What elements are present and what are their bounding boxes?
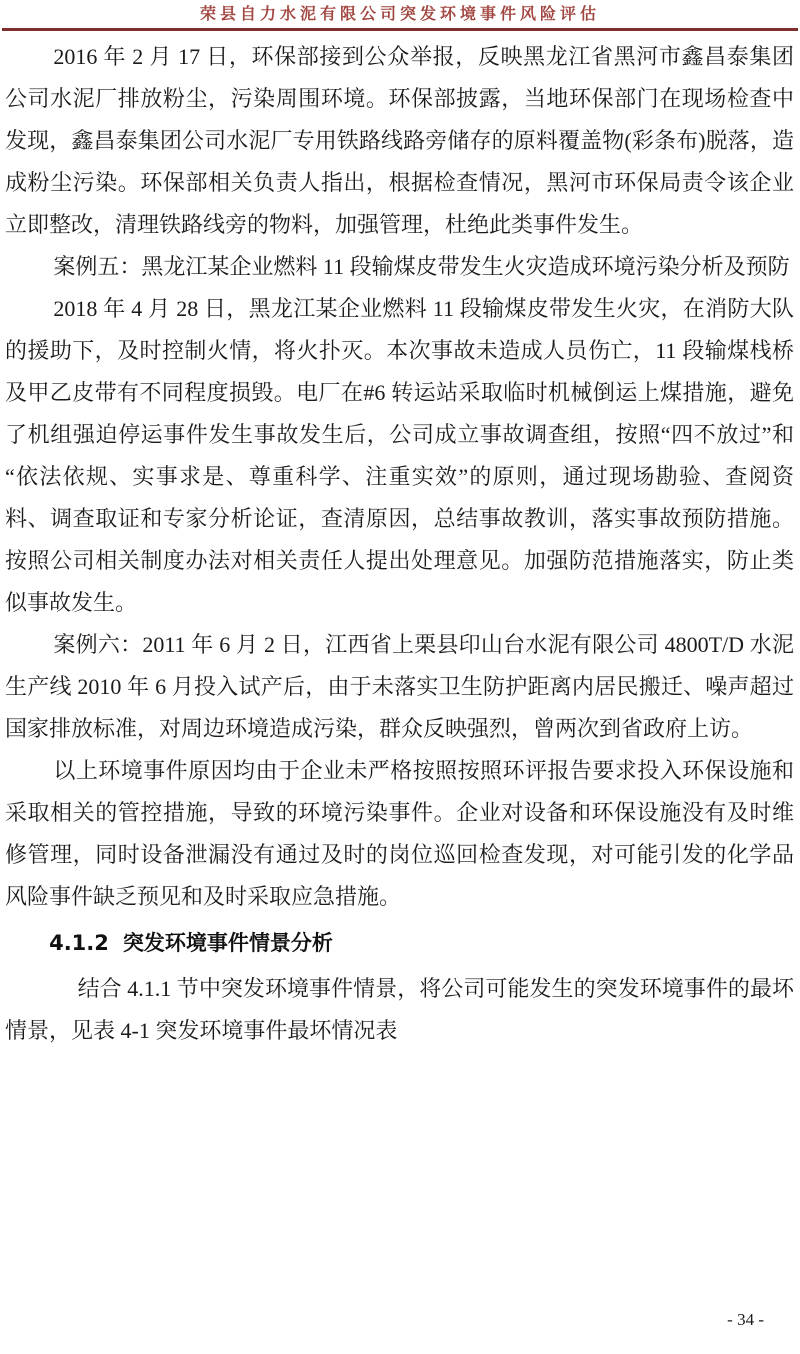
page-footer: - 34 - (727, 1310, 764, 1330)
page-header: 荣县自力水泥有限公司突发环境事件风险评估 (0, 0, 800, 31)
section-heading-4-1-2: 4.1.2突发环境事件情景分析 (5, 922, 794, 964)
page-header-title: 荣县自力水泥有限公司突发环境事件风险评估 (0, 4, 800, 24)
document-page: 荣县自力水泥有限公司突发环境事件风险评估 2016 年 2 月 17 日，环保部… (0, 0, 800, 1354)
paragraph-case4-detail: 2016 年 2 月 17 日，环保部接到公众举报，反映黑龙江省黑河市鑫昌泰集团… (5, 36, 794, 246)
section-heading-number: 4.1.2 (49, 931, 109, 955)
paragraph-case5-title: 案例五：黑龙江某企业燃料 11 段输煤皮带发生火灾造成环境污染分析及预防 (5, 246, 794, 288)
document-body: 2016 年 2 月 17 日，环保部接到公众举报，反映黑龙江省黑河市鑫昌泰集团… (0, 31, 800, 1052)
paragraph-case5-detail: 2018 年 4 月 28 日，黑龙江某企业燃料 11 段输煤皮带发生火灾，在消… (5, 288, 794, 624)
paragraph-summary: 以上环境事件原因均由于企业未严格按照按照环评报告要求投入环保设施和采取相关的管控… (5, 750, 794, 918)
paragraph-case6-detail: 案例六：2011 年 6 月 2 日，江西省上栗县印山台水泥有限公司 4800T… (5, 624, 794, 750)
page-number: - 34 - (727, 1310, 764, 1329)
section-heading-title: 突发环境事件情景分析 (123, 931, 333, 955)
paragraph-closing: 结合 4.1.1 节中突发环境事件情景，将公司可能发生的突发环境事件的最坏情景，… (5, 968, 794, 1052)
